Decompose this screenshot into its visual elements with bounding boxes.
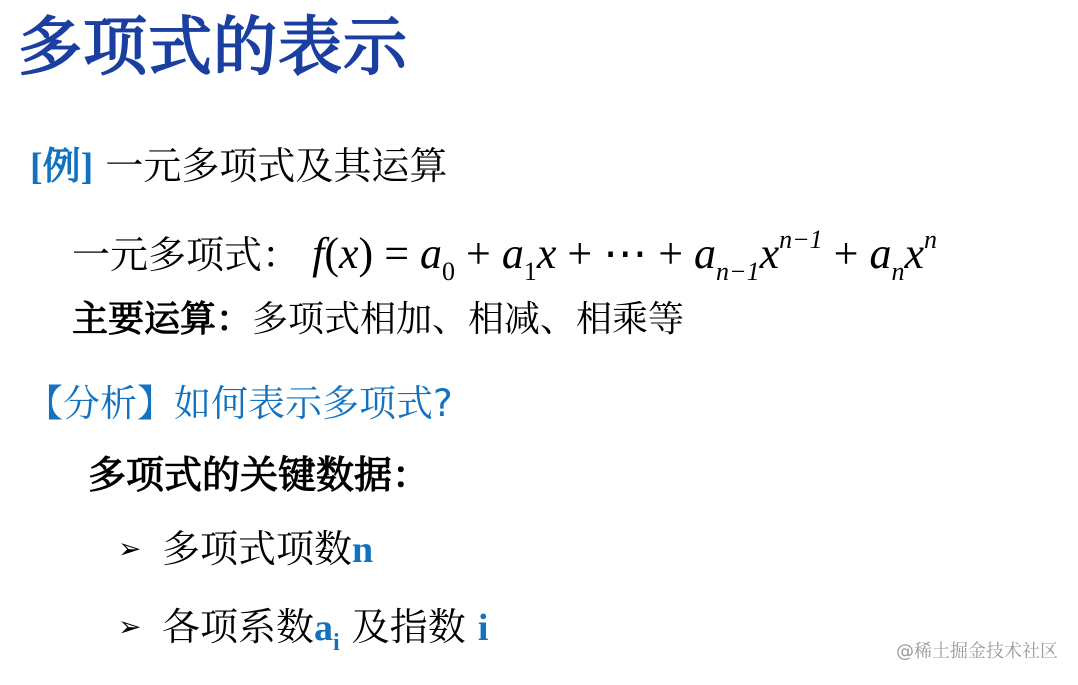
watermark: @稀土掘金技术社区 <box>896 640 1058 664</box>
operations-text: 多项式相加、相减、相乘等 <box>252 299 684 340</box>
analysis-heading: 【分析】如何表示多项式? <box>26 378 453 430</box>
polynomial-formula: f(x) = a0 + a1x + ⋯ + an−1xn−1 + anxn <box>312 229 937 278</box>
bullet-item-term-count: ➢多项式项数n <box>118 522 373 577</box>
bullet-item-coefficients: ➢各项系数ai 及指数 i <box>118 600 488 670</box>
polynomial-formula-line: 一元多项式： f(x) = a0 + a1x + ⋯ + an−1xn−1 + … <box>72 212 937 300</box>
arrow-bullet-icon: ➢ <box>118 522 162 576</box>
arrow-bullet-icon: ➢ <box>118 600 162 654</box>
formula-label: 一元多项式： <box>72 233 300 277</box>
example-text: 一元多项式及其运算 <box>105 144 447 188</box>
key-data-heading: 多项式的关键数据： <box>88 448 430 502</box>
example-heading: [例] 一元多项式及其运算 <box>30 140 447 193</box>
example-tag: [例] <box>30 146 93 188</box>
page-title: 多项式的表示 <box>18 8 408 88</box>
main-operations: 主要运算：多项式相加、相减、相乘等 <box>72 294 684 346</box>
operations-label: 主要运算： <box>72 299 252 340</box>
